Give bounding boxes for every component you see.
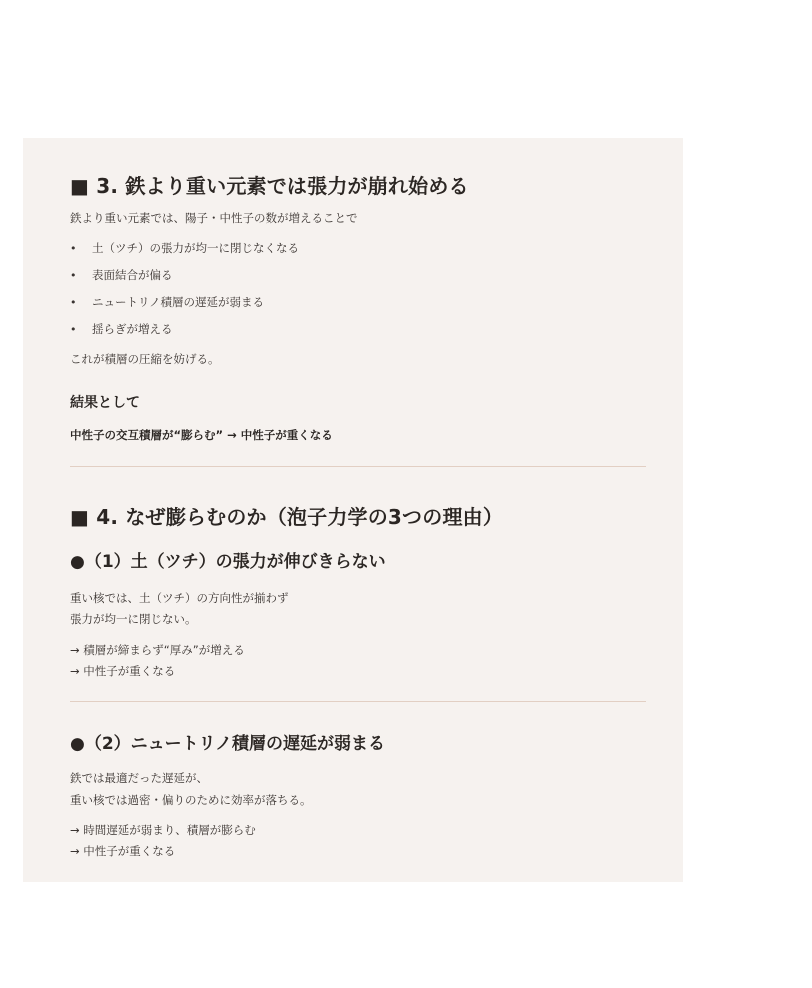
list-item-text: 土（ツチ）の張力が均一に閉じなくなる [92,241,299,255]
section-3-conclusion: これが積層の圧縮を妨げる。 [70,351,220,367]
reason-2-arrow: → 中性子が重くなる [70,843,175,859]
list-item: •表面結合が偏る [70,267,173,284]
section-3-heading: ■ 3. 鉄より重い元素では張力が崩れ始める [70,172,469,200]
reason-2-arrow: → 時間遅延が弱まり、積層が膨らむ [70,822,256,838]
list-item-text: 揺らぎが増える [92,322,173,336]
list-item: •揺らぎが増える [70,321,173,338]
section-3-intro: 鉄より重い元素では、陽子・中性子の数が増えることで [70,210,358,226]
reason-1-heading: ●（1）土（ツチ）の張力が伸びきらない [70,550,386,574]
result-text: 中性子の交互積層が“膨らむ” → 中性子が重くなる [70,427,333,443]
article-panel: ■ 3. 鉄より重い元素では張力が崩れ始める 鉄より重い元素では、陽子・中性子の… [23,138,683,882]
reason-1-arrow: → 積層が締まらず“厚み”が増える [70,642,245,658]
list-item-text: ニュートリノ積層の遅延が弱まる [92,295,264,309]
divider [70,701,646,702]
list-item: •ニュートリノ積層の遅延が弱まる [70,294,264,311]
reason-1-line: 張力が均一に閉じない。 [70,611,197,627]
divider [70,466,646,467]
reason-2-heading: ●（2）ニュートリノ積層の遅延が弱まる [70,732,385,756]
bullet-icon: • [70,268,92,284]
result-heading: 結果として [70,393,140,413]
reason-2-line: 鉄では最適だった遅延が、 [70,770,208,786]
bullet-icon: • [70,322,92,338]
reason-1-line: 重い核では、土（ツチ）の方向性が揃わず [70,590,289,606]
reason-1-arrow: → 中性子が重くなる [70,663,175,679]
section-4-heading: ■ 4. なぜ膨らむのか（泡子力学の3つの理由） [70,503,503,531]
list-item: •土（ツチ）の張力が均一に閉じなくなる [70,240,299,257]
list-item-text: 表面結合が偏る [92,268,173,282]
bullet-icon: • [70,241,92,257]
bullet-icon: • [70,295,92,311]
reason-2-line: 重い核では過密・偏りのために効率が落ちる。 [70,792,312,808]
